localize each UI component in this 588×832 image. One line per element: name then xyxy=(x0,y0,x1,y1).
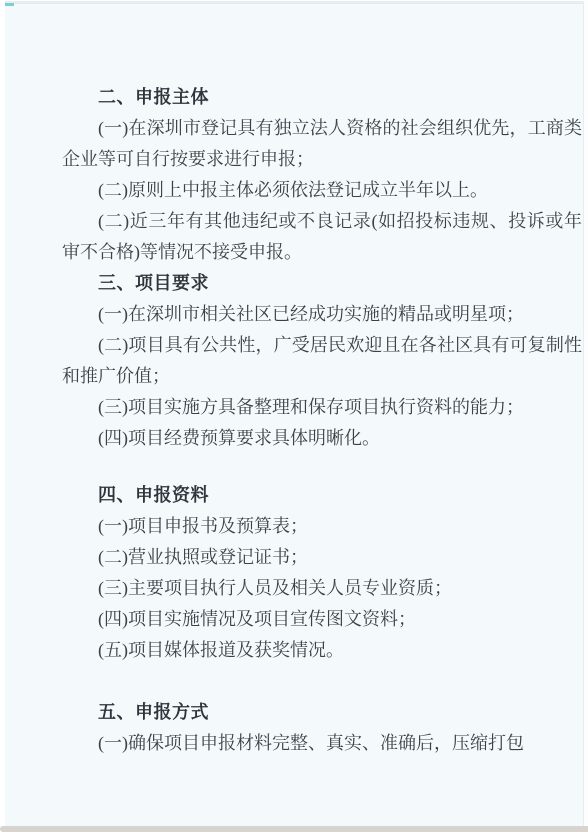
paragraph: (二)原则上中报主体必须依法登记成立半年以上。 xyxy=(62,175,582,206)
paragraph: (五)项目媒体报道及获奖情况。 xyxy=(62,635,582,666)
paragraph: (一)确保项目申报材料完整、真实、准确后，压缩打包 xyxy=(62,728,582,759)
paragraph: (二)近三年有其他违纪或不良记录(如招投标违规、投诉或年审不合格)等情况不接受申… xyxy=(62,206,582,268)
paragraph: (四)项目经费预算要求具体明晰化。 xyxy=(62,423,582,454)
paragraph: (一)在深圳市登记具有独立法人资格的社会组织优先，工商类企业等可自行按要求进行申… xyxy=(62,113,582,175)
scanned-document: { "page": { "background_color": "#f4f9fb… xyxy=(0,0,588,832)
document-section: 五、申报方式 (一)确保项目申报材料完整、真实、准确后，压缩打包 xyxy=(62,697,582,759)
paragraph: (二)项目具有公共性，广受居民欢迎且在各社区具有可复制性和推广价值； xyxy=(62,330,582,392)
paragraph: (三)项目实施方具备整理和保存项目执行资料的能力； xyxy=(62,392,582,423)
section-heading: 三、项目要求 xyxy=(62,268,582,299)
paragraph: (二)营业执照或登记证书； xyxy=(62,542,582,573)
paragraph: (三)主要项目执行人员及相关人员专业资质； xyxy=(62,573,582,604)
paragraph: (一)在深圳市相关社区已经成功实施的精品或明星项； xyxy=(62,299,582,330)
section-heading: 四、申报资料 xyxy=(62,480,582,511)
section-heading: 五、申报方式 xyxy=(62,697,582,728)
document-content: 二、申报主体 (一)在深圳市登记具有独立法人资格的社会组织优先，工商类企业等可自… xyxy=(5,3,582,759)
document-section: 二、申报主体 (一)在深圳市登记具有独立法人资格的社会组织优先，工商类企业等可自… xyxy=(62,82,582,268)
document-section: 三、项目要求 (一)在深圳市相关社区已经成功实施的精品或明星项；(二)项目具有公… xyxy=(62,268,582,454)
paragraph: (四)项目实施情况及项目宣传图文资料； xyxy=(62,604,582,635)
scan-edge-bottom xyxy=(0,826,588,832)
paragraph: (一)项目申报书及预算表； xyxy=(62,511,582,542)
document-section: 四、申报资料 (一)项目申报书及预算表；(二)营业执照或登记证书；(三)主要项目… xyxy=(62,480,582,666)
scan-edge-right xyxy=(584,0,588,832)
section-heading: 二、申报主体 xyxy=(62,82,582,113)
